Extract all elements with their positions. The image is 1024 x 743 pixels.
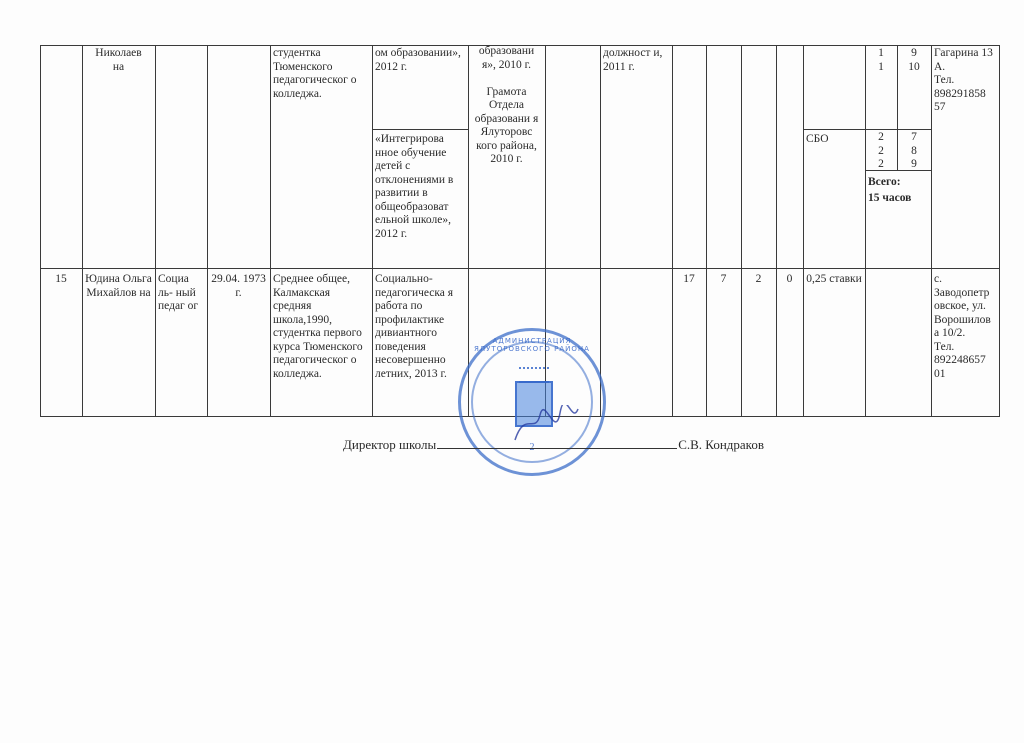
prev-name: Николаев на [82,47,155,74]
prev-course-2: «Интегрирова нное обучение детей с откло… [372,133,468,241]
col-line [741,45,742,417]
load-hours-1: 11 [865,47,897,74]
row-divider [40,268,1000,269]
col-line [207,45,208,417]
col-line [706,45,707,417]
total-experience: 17 [672,273,706,287]
load-classes-2: 789 [897,131,931,172]
col-line [776,45,777,417]
col-line [40,45,41,417]
col-line [803,45,804,417]
document-page: Николаев на студентка Тюменского педагог… [0,0,1024,743]
employee-position: Социа ль- ный педаг ог [155,273,207,314]
load-hours-2: 222 [865,131,897,172]
birth-date: 29.04. 1973 г. [207,273,270,300]
ped-experience: 7 [706,273,741,287]
signatory-name: С.В. Кондраков [678,437,764,452]
col-line [82,45,83,417]
load-classes-1: 910 [897,47,931,74]
col-line [672,45,673,417]
col-line [865,45,866,417]
col-line [155,45,156,417]
load-subject: СБО [803,133,865,147]
prev-address: Гагарина 13 А. Тел. 898291858 57 [931,47,999,115]
address: с. Заводопетр овское, ул. Ворошилов а 10… [931,273,999,381]
prev-course-1: ом образовании», 2012 г. [372,47,468,74]
row-number: 15 [40,273,82,287]
education: Среднее общее, Калмакская средняя школа,… [270,273,372,381]
handwritten-signature-icon [510,405,580,445]
official-stamp: АДМИНИСТРАЦИЯ ЯЛУТОРОВСКОГО РАЙОНА 2 [458,328,606,476]
load-divider [803,129,931,130]
experience-col-b: 0 [776,273,803,287]
signature-line [437,448,677,449]
load-total: Всего: 15 часов [865,174,931,206]
course-divider [372,129,468,130]
col-line [897,129,898,170]
courses: Социально- педагогическа я работа по про… [372,273,468,381]
rate: 0,25 ставки [803,273,865,287]
prev-awards: образовани я», 2010 г. Грамота Отдела об… [468,45,545,167]
col-line [999,45,1000,417]
prev-category: должност и, 2011 г. [600,47,672,74]
signature-label: Директор школы [343,437,436,452]
employee-name: Юдина Ольга Михайлов на [82,273,155,300]
prev-education: студентка Тюменского педагогическог о ко… [270,47,372,101]
crown-icon [519,367,549,383]
experience-col-a: 2 [741,273,776,287]
col-line [600,45,601,417]
